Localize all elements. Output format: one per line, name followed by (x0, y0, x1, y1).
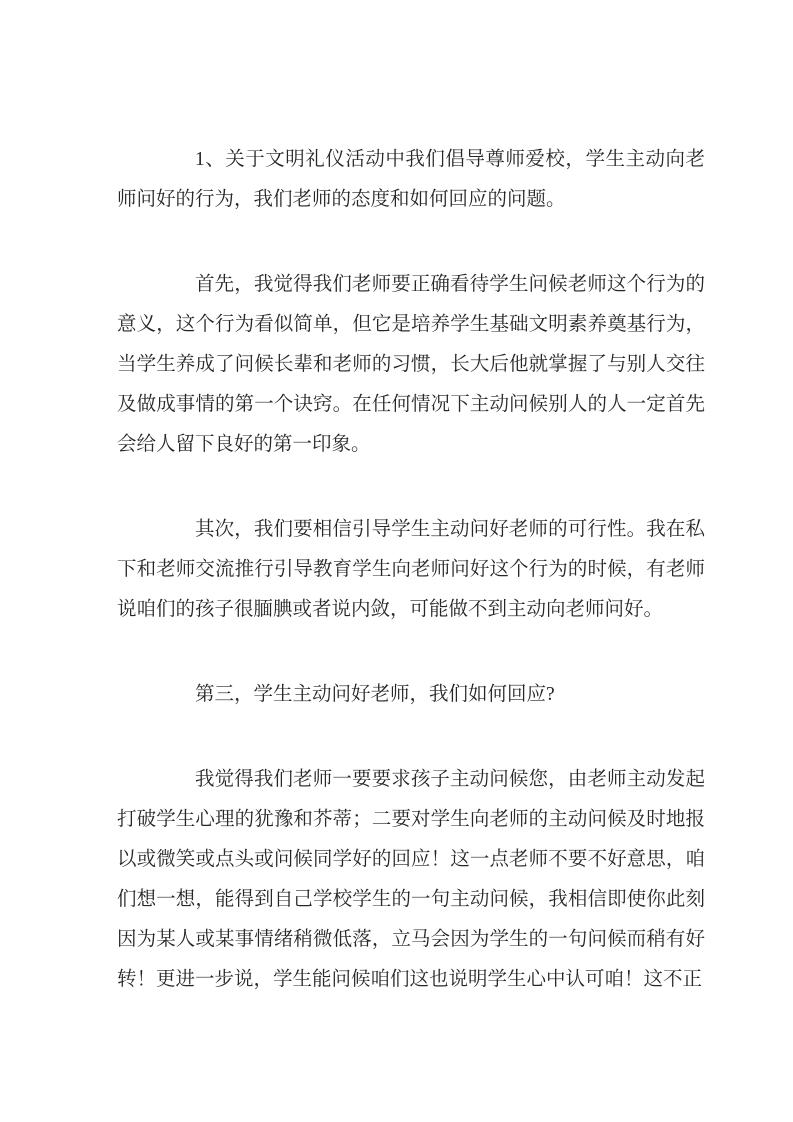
paragraph-4: 第三，学生主动问好老师，我们如何回应? (117, 675, 705, 715)
paragraph-5: 我觉得我们老师一要要求孩子主动问候您，由老师主动发起打破学生心理的犹豫和芥蒂；二… (117, 760, 705, 1000)
paragraph-2: 首先，我觉得我们老师要正确看待学生问候老师这个行为的意义，这个行为看似简单，但它… (117, 265, 705, 465)
paragraph-3: 其次，我们要相信引导学生主动问好老师的可行性。我在私下和老师交流推行引导教育学生… (117, 510, 705, 630)
document-page: 1、关于文明礼仪活动中我们倡导尊师爱校，学生主动向老师问好的行为，我们老师的态度… (0, 0, 793, 1122)
paragraph-1: 1、关于文明礼仪活动中我们倡导尊师爱校，学生主动向老师问好的行为，我们老师的态度… (117, 140, 705, 220)
document-body: 1、关于文明礼仪活动中我们倡导尊师爱校，学生主动向老师问好的行为，我们老师的态度… (117, 140, 705, 1000)
